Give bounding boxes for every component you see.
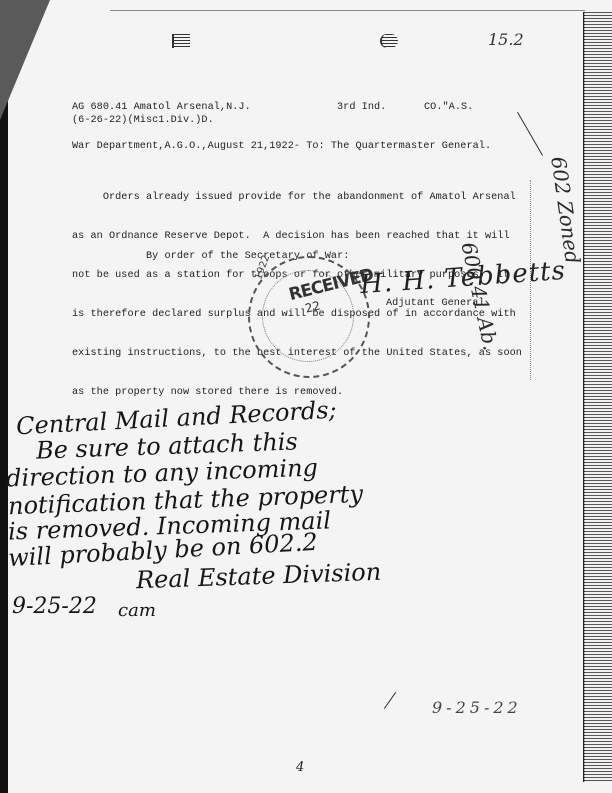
margin-annotation: 602 Zoned <box>546 155 585 265</box>
scan-striped-margin <box>584 12 612 782</box>
body-line: as an Ordnance Reserve Depot. A decision… <box>72 230 522 243</box>
check-mark <box>384 692 396 709</box>
scan-corner-shadow <box>0 0 50 120</box>
margin-arrow <box>517 112 543 156</box>
handwritten-initials: cam <box>118 600 156 621</box>
body-line: Orders already issued provide for the ab… <box>72 191 522 204</box>
page-top-edge <box>110 10 585 11</box>
page-number: 4 <box>296 760 304 775</box>
reference-line: (6-26-22)(Misc1.Div.)D. <box>72 114 214 127</box>
bottom-date: 9-25-22 <box>432 698 522 717</box>
indorsement-number: 3rd Ind. <box>337 101 386 114</box>
punch-hole-icon <box>172 34 190 48</box>
file-reference: AG 680.41 Amatol Arsenal,N.J. <box>72 101 251 114</box>
addressee-line: War Department,A.G.O.,August 21,1922- To… <box>72 140 491 153</box>
handwritten-date: 9-25-22 <box>12 594 97 619</box>
routing-code: CO."A.S. <box>424 101 473 114</box>
top-annotation: 15.2 <box>488 30 524 49</box>
margin-dotted-line <box>530 180 531 380</box>
punch-hole-icon <box>380 34 398 48</box>
